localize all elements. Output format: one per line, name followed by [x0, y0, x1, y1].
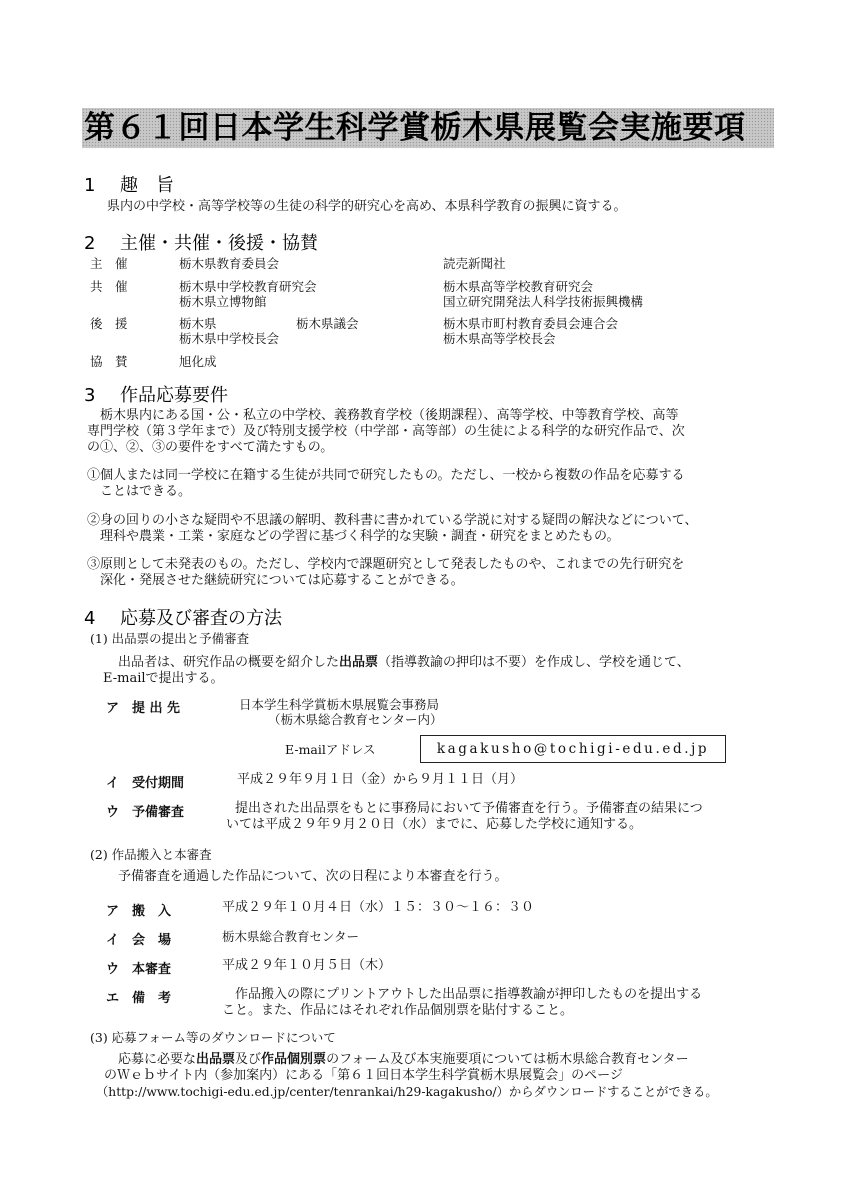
venue-value: 栃木県総合教育センター [222, 929, 359, 945]
section-number: 3 [84, 385, 120, 406]
org-cohost-left-2: 栃木県立博物館 [179, 294, 267, 310]
org-host-left: 栃木県教育委員会 [179, 256, 279, 272]
venue-label: イ 会 場 [106, 929, 171, 948]
subsection-1-text-line-2: E-mailで提出する。 [103, 671, 224, 687]
bold-term: 出品票 [196, 1052, 235, 1067]
requirement-2-line-2: 理科や農業・工業・家庭などの学習に基づく科学的な実験・調査・研究をまとめたもの。 [87, 529, 619, 545]
requirement-3-line-2: 深化・発展させた継続研究については応募することができる。 [87, 573, 464, 589]
section-number: 1 [84, 175, 120, 196]
subsection-3-heading: (3) 応募フォーム等のダウンロードについて [90, 1030, 336, 1046]
section-3-intro-3: の①、②、③の要件をすべて満たすもの。 [87, 440, 333, 456]
section-title: 趣 旨 [120, 175, 174, 196]
org-host-right: 読売新聞社 [443, 256, 506, 272]
bold-term: 作品個別票 [261, 1052, 326, 1067]
section-1-text: 県内の中学校・高等学校等の生徒の科学的研究心を高め、本県科学教育の振興に資する。 [107, 199, 626, 215]
requirement-1-line-2: ことはできる。 [87, 484, 191, 500]
subsection-3-line-2: のＷｅｂサイト内（参加案内）にある「第６１回日本学生科学賞栃木県展覧会」のページ [104, 1068, 623, 1084]
org-label-support: 後 援 [90, 316, 128, 332]
text-fragment: のフォーム及び本実施要項については栃木県総合教育センター [326, 1052, 689, 1067]
main-review-label: ウ 本審査 [106, 958, 171, 977]
submission-value-2: （栃木県総合教育センター内） [268, 712, 443, 728]
requirement-2-line-1: ②身の回りの小さな疑問や不思議の解明、教科書に書かれている学説に対する疑問の解決… [87, 513, 697, 529]
subsection-1-heading: (1) 出品票の提出と予備審査 [90, 631, 249, 647]
submission-label: ア 提 出 先 [106, 697, 180, 716]
page-title: 第６１回日本学生科学賞栃木県展覧会実施要項 [84, 108, 746, 148]
org-support-left-2: 栃木県中学校長会 [179, 331, 279, 347]
remarks-label: エ 備 考 [106, 987, 171, 1006]
delivery-label: ア 搬 入 [106, 900, 171, 919]
text-fragment: 応募に必要な [118, 1052, 196, 1067]
requirement-1-line-1: ①個人または同一学校に在籍する生徒が共同で研究したもの。ただし、一校から複数の作… [87, 468, 684, 484]
reception-period-label: イ 受付期間 [106, 772, 184, 791]
org-label-host: 主 催 [90, 256, 128, 272]
bold-term: 出品票 [339, 655, 378, 670]
subsection-2-heading: (2) 作品搬入と本審査 [90, 847, 212, 863]
preliminary-review-line-1: 提出された出品票をもとに事務局において予備審査を行う。予備審査の結果につ [222, 801, 703, 817]
org-support-right-1: 栃木県市町村教育委員会連合会 [443, 316, 618, 332]
remarks-line-2: こと。また、作品にはそれぞれ作品個別票を貼付すること。 [222, 1003, 573, 1019]
preliminary-review-label: ウ 予備審査 [106, 801, 184, 820]
section-number: 4 [84, 608, 120, 629]
main-review-value: 平成２９年１０月５日（木） [222, 958, 391, 974]
org-cohost-left-1: 栃木県中学校教育研究会 [179, 279, 317, 295]
org-support-right-2: 栃木県高等学校長会 [443, 331, 556, 347]
org-support-left-1: 栃木県 [179, 316, 217, 332]
org-cohost-right-1: 栃木県高等学校教育研究会 [443, 279, 593, 295]
org-label-cohost: 共 催 [90, 279, 128, 295]
org-sponsor-left: 旭化成 [179, 354, 217, 370]
subsection-1-text-line-1: 出品者は、研究作品の概要を紹介した出品票（指導教諭の押印は不要）を作成し、学校を… [118, 655, 690, 671]
section-3-heading: 3作品応募要件 [84, 381, 228, 407]
submission-value-1: 日本学生科学賞栃木県展覧会事務局 [239, 697, 439, 713]
requirement-3-line-1: ③原則として未発表のもの。ただし、学校内で課題研究として発表したものや、これまで… [87, 557, 684, 573]
section-1-heading: 1趣 旨 [84, 171, 174, 197]
org-label-sponsor: 協 賛 [90, 354, 128, 370]
section-4-heading: 4応募及び審査の方法 [84, 604, 282, 630]
email-address-box[interactable]: kagakusho@tochigi-edu.ed.jp [420, 735, 726, 763]
preliminary-review-line-2: いては平成２９年９月２０日（水）までに、応募した学校に通知する。 [226, 817, 642, 833]
section-3-intro-1: 栃木県内にある国・公・私立の中学校、義務教育学校（後期課程）、高等学校、中等教育… [87, 408, 679, 424]
remarks-line-1: 作品搬入の際にプリントアウトした出品票に指導教諭が押印したものを提出する [222, 987, 702, 1003]
text-fragment: 及び [235, 1052, 261, 1067]
section-number: 2 [84, 233, 120, 254]
org-support-left-extra: 栃木県議会 [296, 316, 359, 332]
section-title: 主催・共催・後援・協賛 [120, 233, 318, 254]
section-3-intro-2: 専門学校（第３学年まで）及び特別支援学校（中学部・高等部）の生徒による科学的な研… [87, 424, 685, 440]
section-title: 応募及び審査の方法 [120, 608, 282, 629]
reception-period-value: 平成２９年９月１日（金）から９月１１日（月） [237, 772, 523, 788]
delivery-value: 平成２９年１０月４日（水）１５：３０～１６：３０ [222, 900, 534, 916]
download-url-line[interactable]: （http://www.tochigi-edu.ed.jp/center/ten… [96, 1084, 718, 1100]
org-cohost-right-2: 国立研究開発法人科学技術振興機構 [443, 294, 643, 310]
email-label: E-mailアドレス [285, 742, 376, 758]
text-fragment: 出品者は、研究作品の概要を紹介した [118, 655, 339, 670]
section-title: 作品応募要件 [120, 385, 228, 406]
subsection-3-line-1: 応募に必要な出品票及び作品個別票のフォーム及び本実施要項については栃木県総合教育… [118, 1052, 689, 1068]
subsection-2-text: 予備審査を通過した作品について、次の日程により本審査を行う。 [118, 869, 507, 885]
section-2-heading: 2主催・共催・後援・協賛 [84, 229, 318, 255]
text-fragment: （指導教諭の押印は不要）を作成し、学校を通じて、 [378, 655, 690, 670]
